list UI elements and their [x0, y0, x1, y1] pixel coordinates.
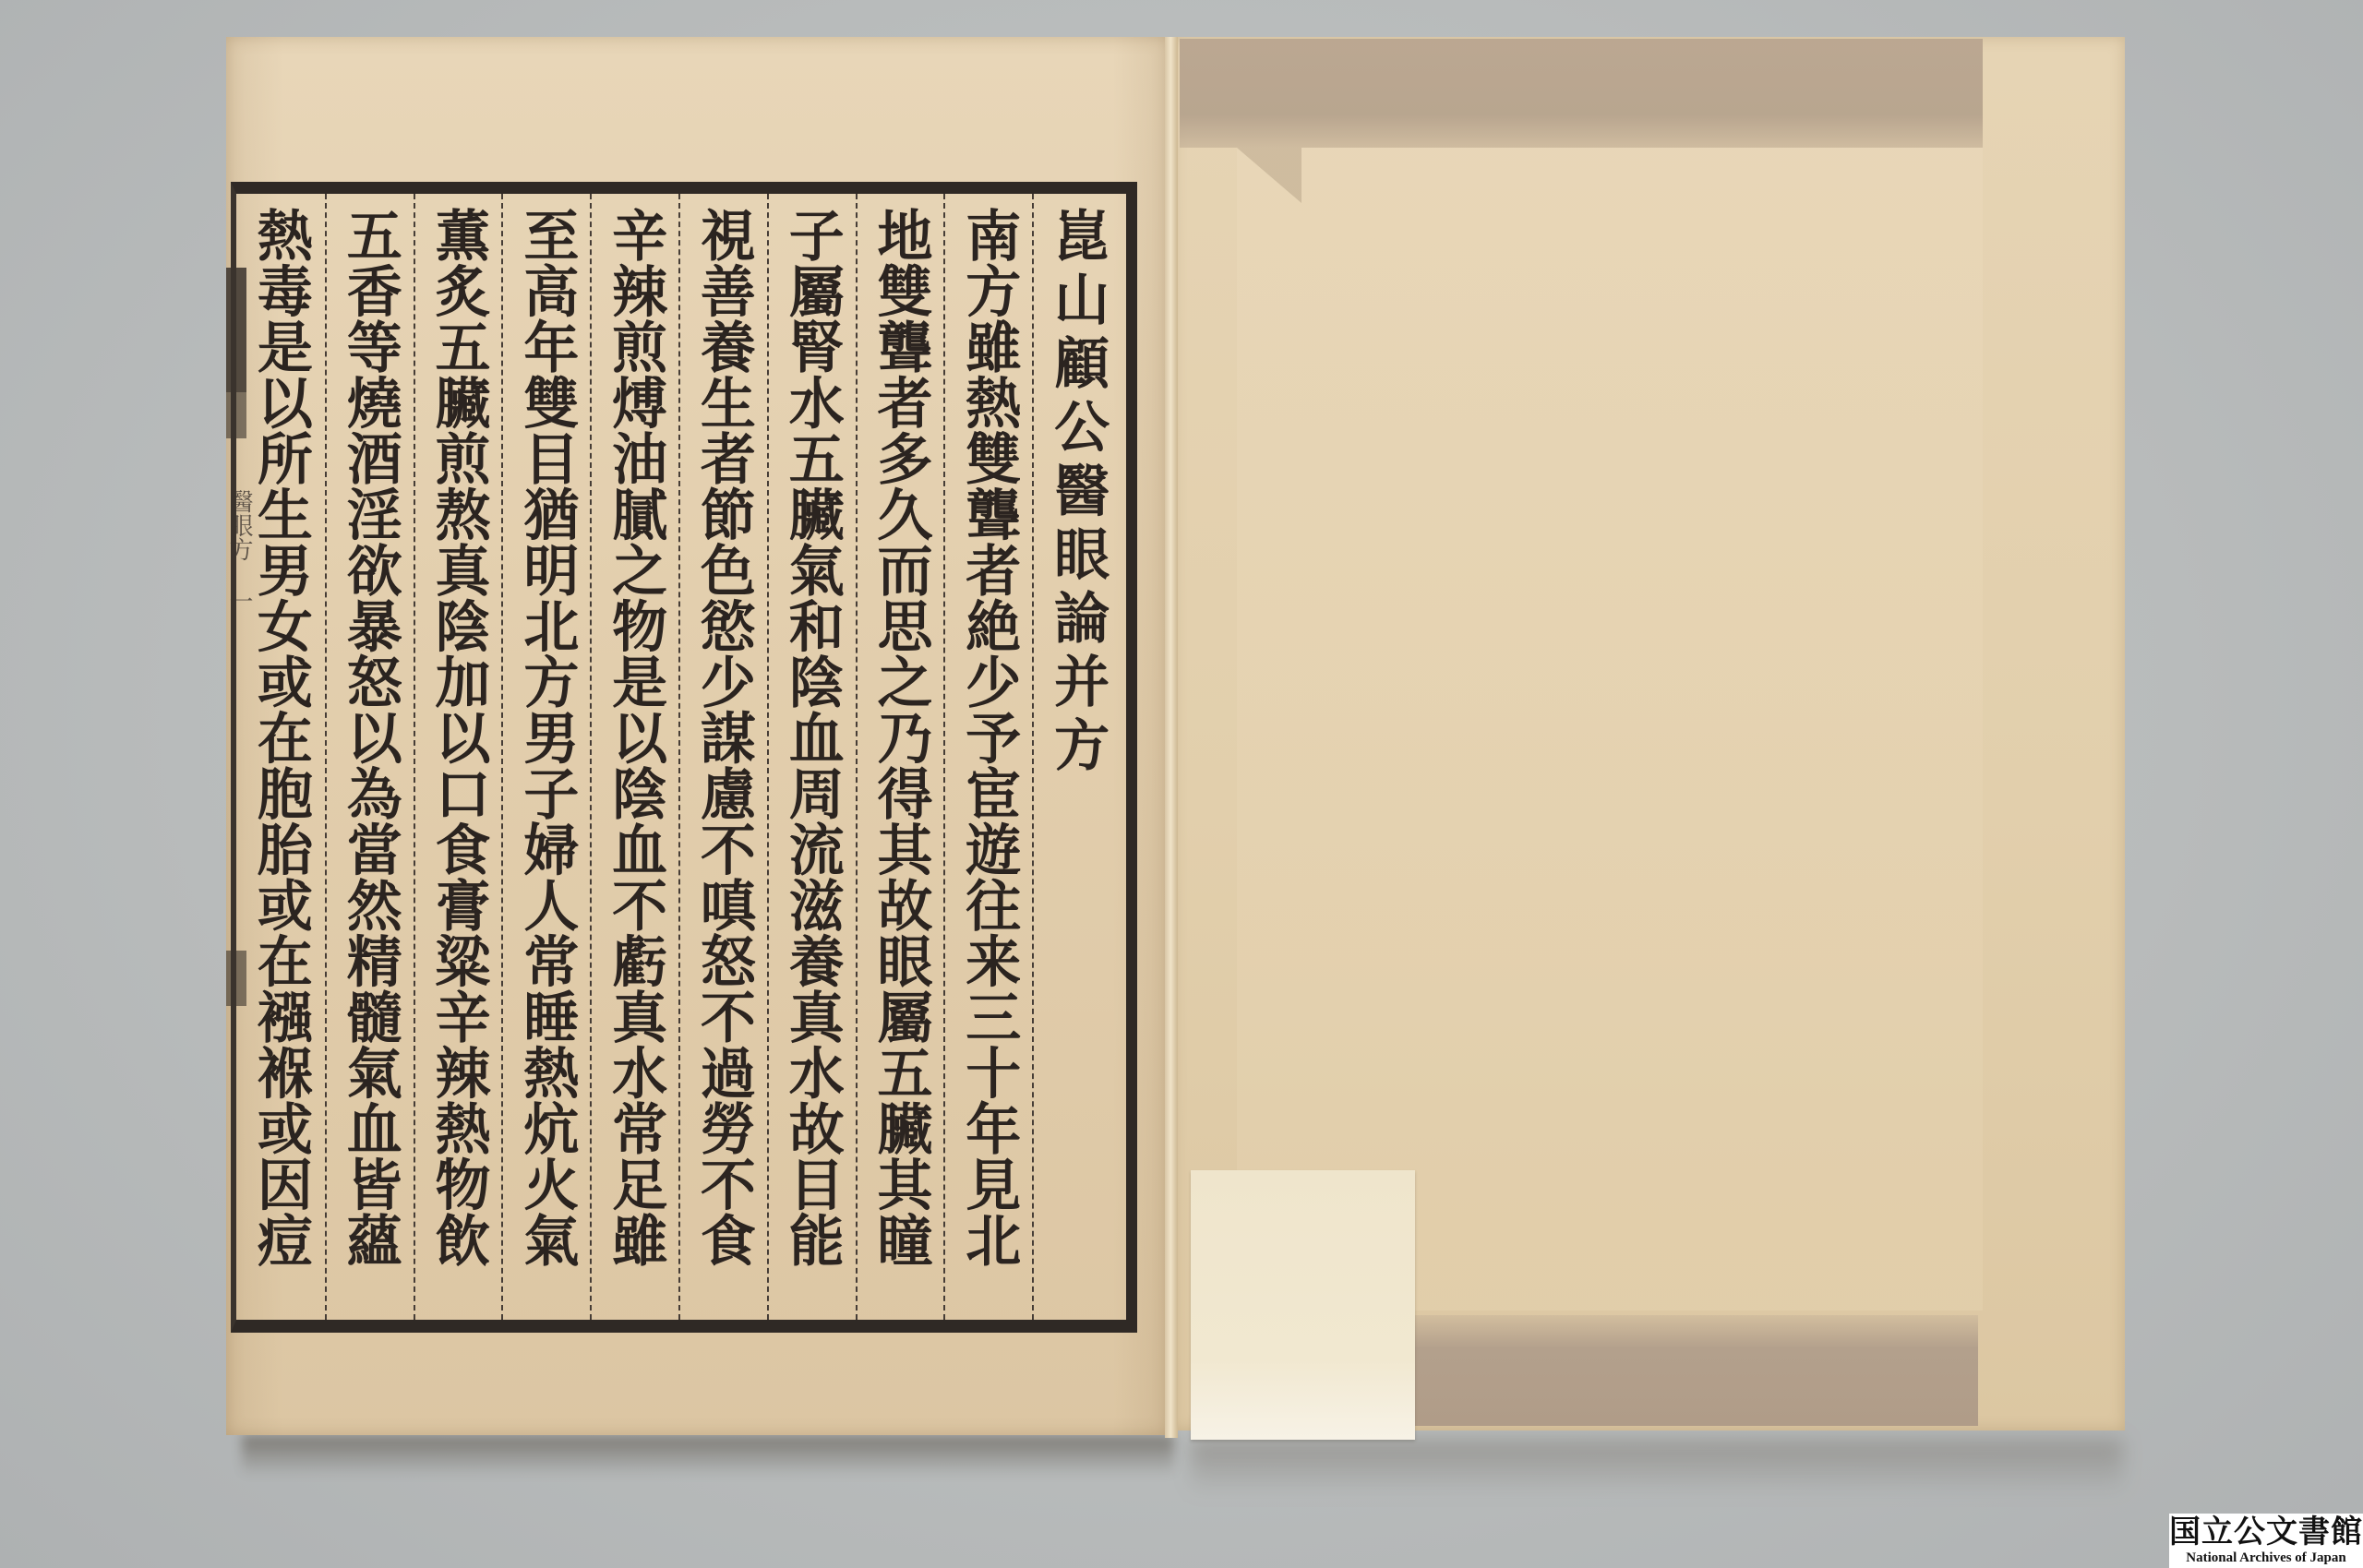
column-text: 南方雖熱雙聾者絶少予宦遊往来三十年見北 — [961, 207, 1016, 1268]
page-title: 崑山顧公醫眼論并方 — [1050, 207, 1105, 780]
text-column: 至高年雙目猶明北方男子婦人常睡熱炕火氣 — [501, 194, 590, 1320]
right-page-stain-band-top — [1180, 39, 1983, 148]
text-column: 視善養生者節色慾少謀慮不嗔怒不過勞不食 — [678, 194, 767, 1320]
book-spine — [1165, 37, 1178, 1438]
logo-english-text: National Archives of Japan — [2169, 1550, 2363, 1565]
text-column: 薫炙五臟煎熬真陰加以口食膏粱辛辣熱物飲 — [414, 194, 502, 1320]
national-archives-logo: 国立公文書館 National Archives of Japan — [2169, 1514, 2363, 1568]
spine-paper-patch — [1191, 1170, 1415, 1440]
text-column: 五香等燒酒淫欲暴怒以為當然精髓氣血皆蘊 — [325, 194, 414, 1320]
column-text: 薫炙五臟煎熬真陰加以口食膏粱辛辣熱物飲 — [431, 207, 486, 1268]
column-text: 熱毒是以所生男女或在胞胎或在襁褓或因痘 — [253, 207, 308, 1268]
text-column: 子屬腎水五臟氣和陰血周流滋養真水故目能 — [767, 194, 856, 1320]
text-column: 辛辣煎煿油膩之物是以陰血不虧真水常足雖 — [590, 194, 678, 1320]
column-text: 子屬腎水五臟氣和陰血周流滋養真水故目能 — [785, 207, 840, 1268]
right-page-stain-band-bottom — [1415, 1315, 1978, 1426]
right-page-inner-sheet — [1237, 148, 1983, 1311]
column-text: 至高年雙目猶明北方男子婦人常睡熱炕火氣 — [519, 207, 574, 1268]
text-columns: 崑山顧公醫眼論并方 南方雖熱雙聾者絶少予宦遊往来三十年見北 地雙聾者多久而思之乃… — [236, 194, 1121, 1320]
text-column: 南方雖熱雙聾者絶少予宦遊往来三十年見北 — [943, 194, 1032, 1320]
corner-fold — [1237, 148, 1301, 203]
text-column: 地雙聾者多久而思之乃得其故眼屬五臟其瞳 — [856, 194, 944, 1320]
column-text: 五香等燒酒淫欲暴怒以為當然精髓氣血皆蘊 — [342, 207, 398, 1268]
page-shadow-right — [1191, 1440, 2123, 1495]
column-text: 辛辣煎煿油膩之物是以陰血不虧真水常足雖 — [607, 207, 663, 1268]
logo-japanese-text: 国立公文書館 — [2169, 1514, 2363, 1550]
text-column: 熱毒是以所生男女或在胞胎或在襁褓或因痘 — [236, 194, 325, 1320]
page-shadow-left — [242, 1435, 1174, 1477]
column-text: 視善養生者節色慾少謀慮不嗔怒不過勞不食 — [696, 207, 751, 1268]
column-text: 地雙聾者多久而思之乃得其故眼屬五臟其瞳 — [873, 207, 929, 1268]
title-column: 崑山顧公醫眼論并方 — [1032, 194, 1121, 1320]
